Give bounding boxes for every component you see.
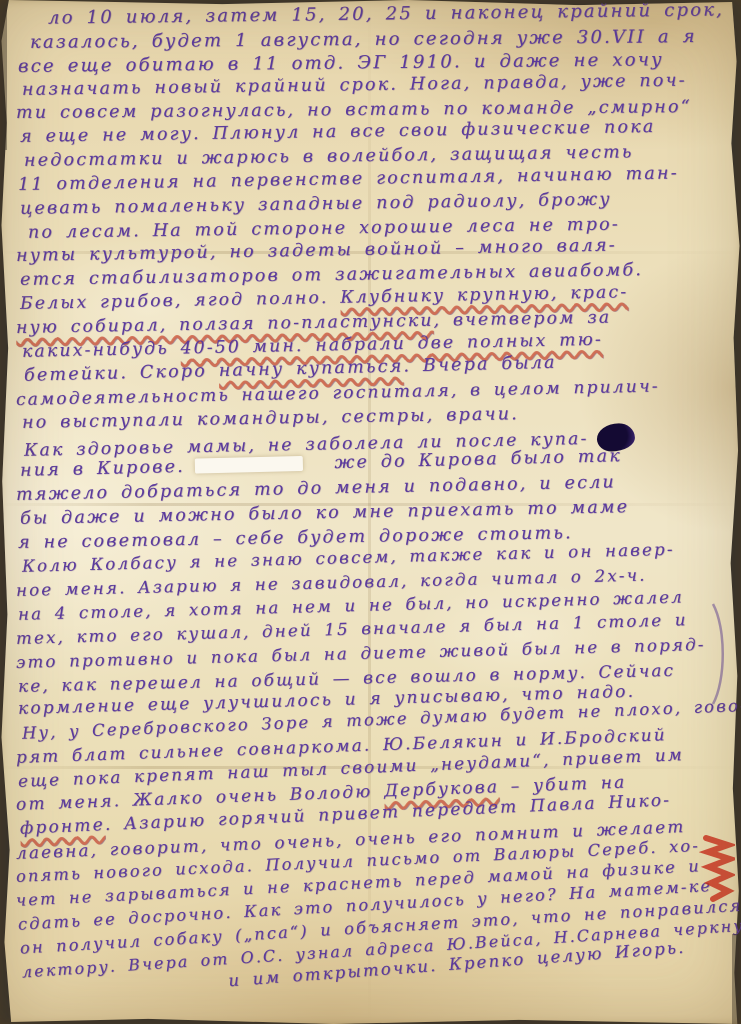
- photo-edge-shadow: [732, 934, 741, 1024]
- white-correction-patch: [195, 456, 303, 474]
- photo-edge-shadow: [0, 0, 7, 150]
- letter-photo: ло 10 июля, затем 15, 20, 25 и наконец к…: [0, 0, 741, 1024]
- red-pencil-underline: Клубнику крупную, крас-: [340, 282, 628, 308]
- margin-bracket: [709, 602, 729, 706]
- red-pencil-underline: фронте: [20, 815, 106, 839]
- red-margin-scribble-icon: [699, 833, 735, 905]
- letter-body: ло 10 июля, затем 15, 20, 25 и наконец к…: [14, 7, 737, 1024]
- red-pencil-underline: начну купаться: [218, 356, 403, 381]
